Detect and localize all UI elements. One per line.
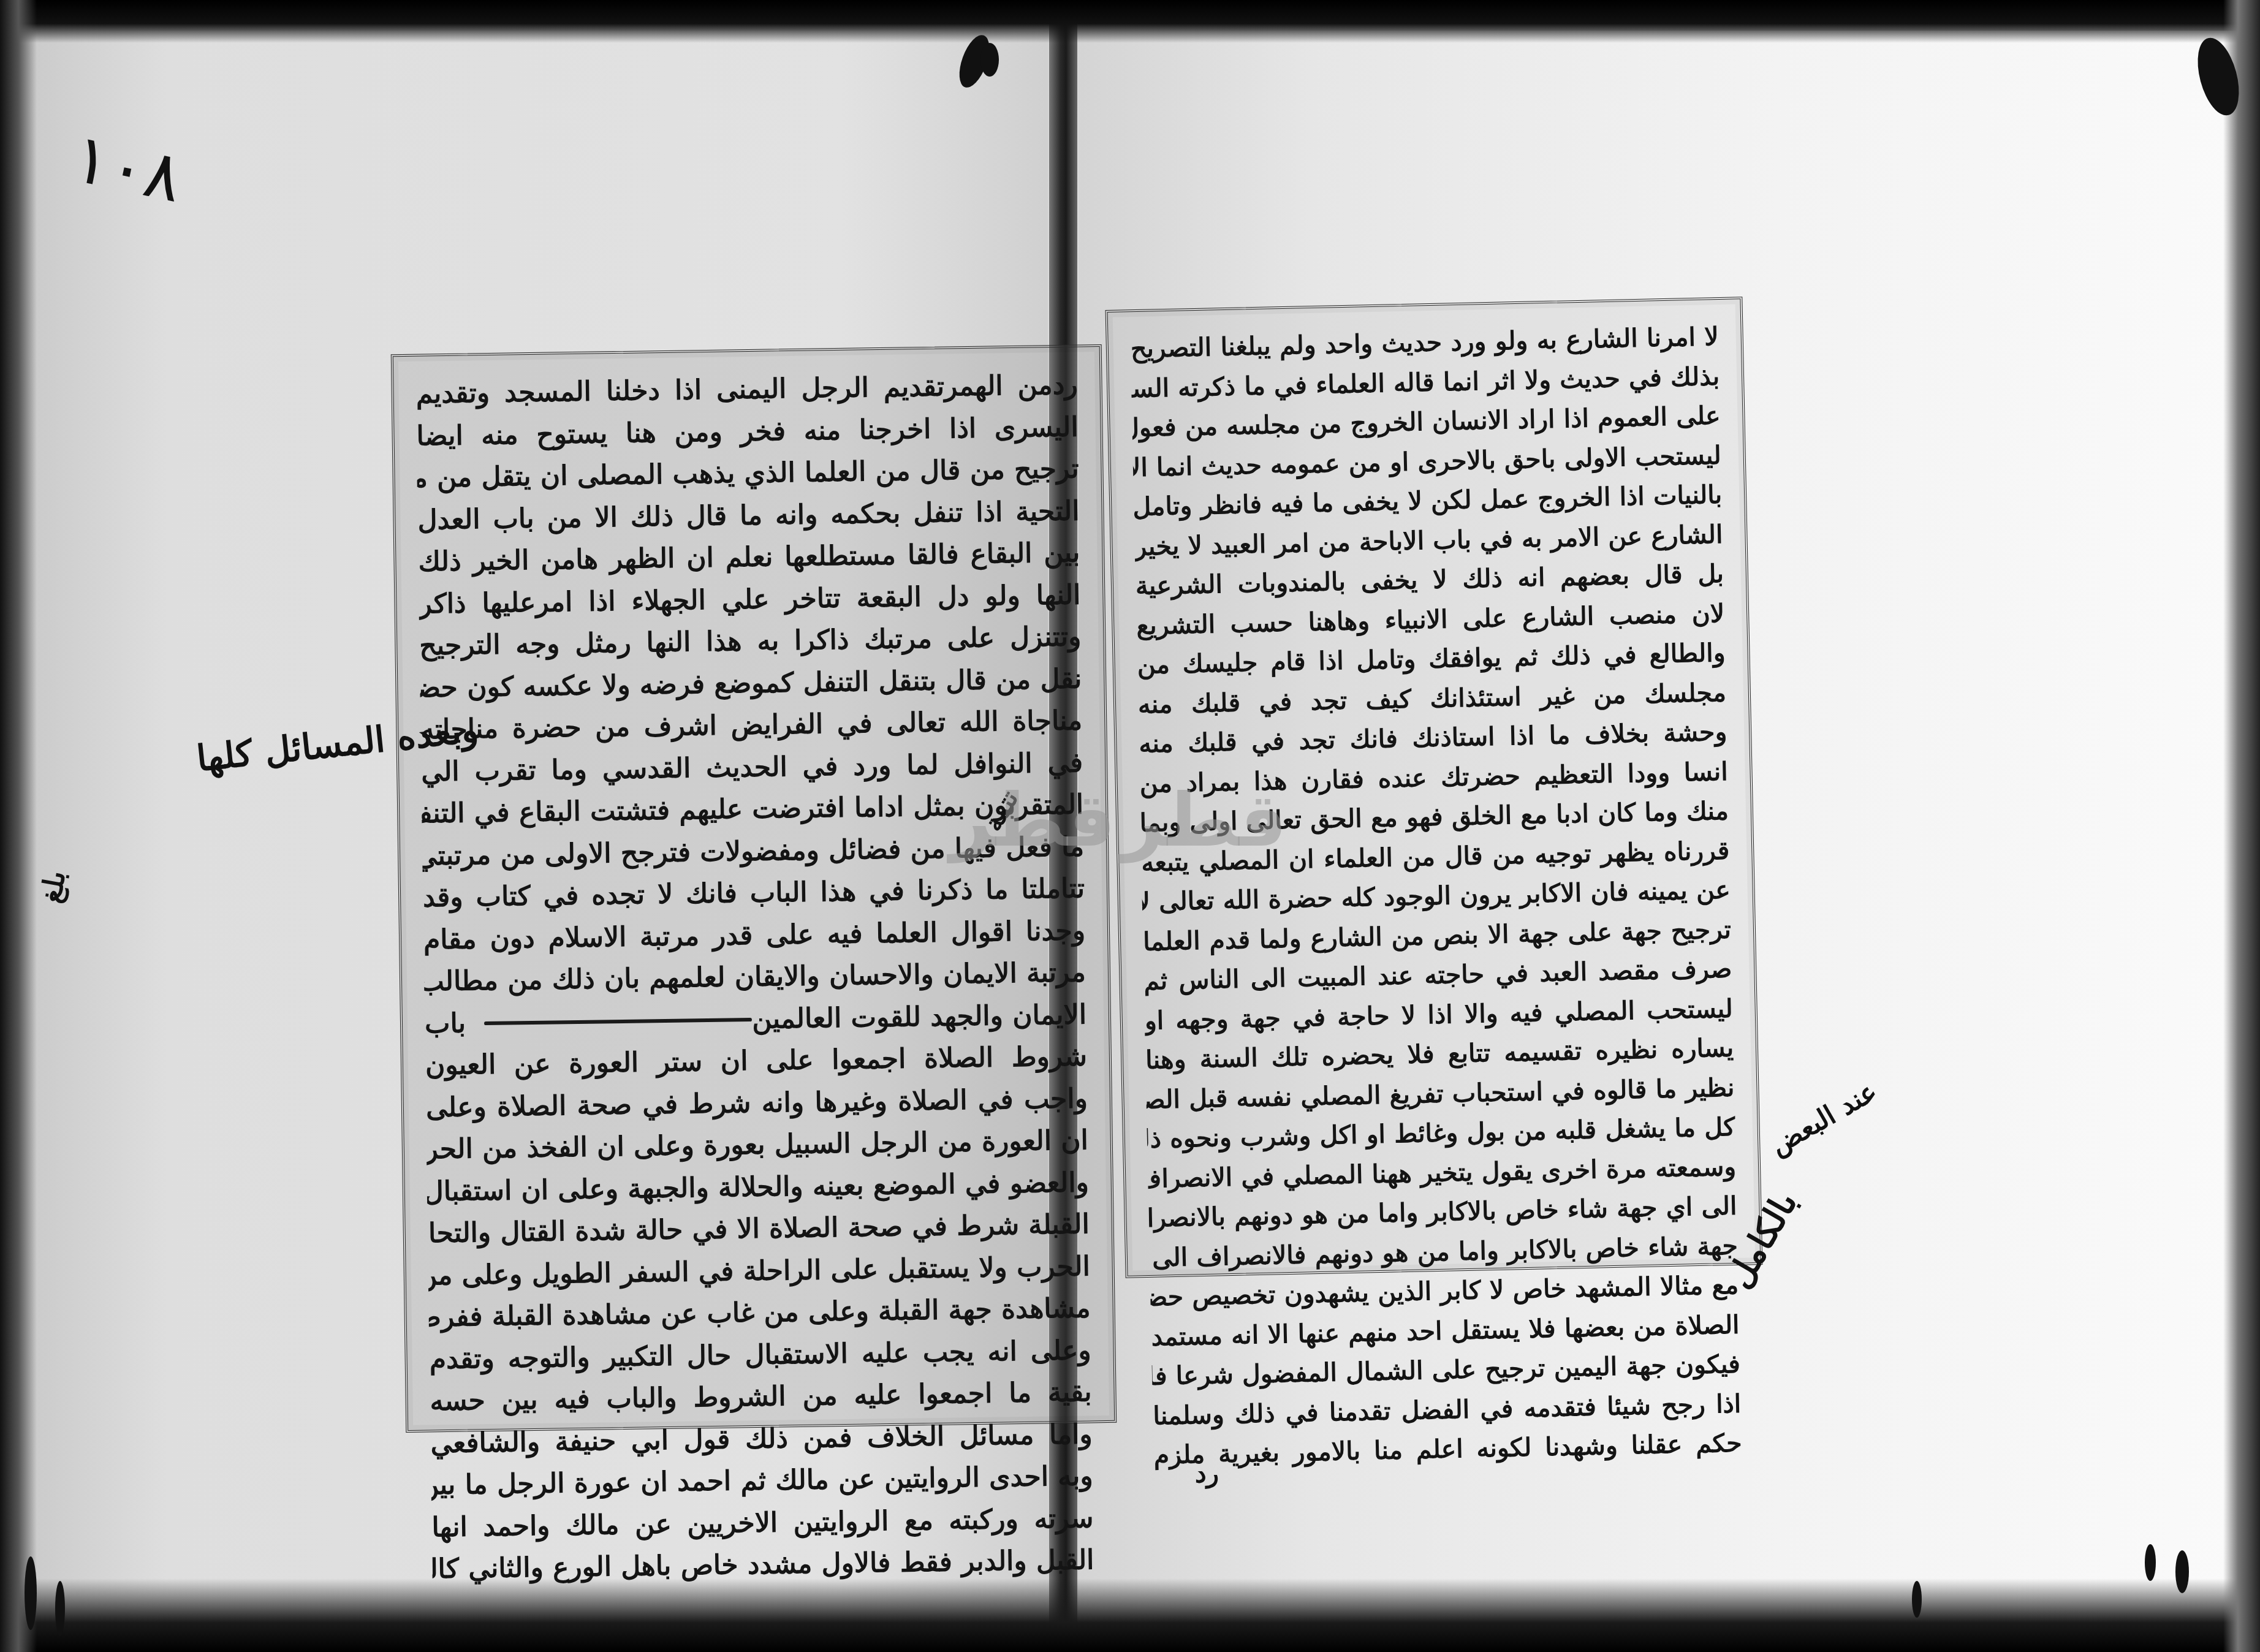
left-text-block: ردمن الهمرتقديم الرجل اليمنى اذا دخلنا ا…: [391, 344, 1117, 1433]
right-text-block: لا امرنا الشارع به ولو ورد حديث واحد ولم…: [1105, 297, 1763, 1278]
manuscript-scan: ١٠٨ ردمن الهمرتقديم الرجل اليمنى اذا دخل…: [0, 0, 2260, 1652]
ink-blot: [1912, 1581, 1922, 1618]
ink-blot: [25, 1556, 37, 1630]
ink-blot: [2145, 1544, 2156, 1581]
scan-top-edge: [0, 0, 2260, 43]
heading-word: باب: [425, 1002, 466, 1045]
ink-blot: [55, 1581, 65, 1636]
bottom-margin-note: رد: [1195, 1458, 1219, 1488]
scan-right-edge: [2223, 0, 2260, 1652]
heading-text: الايمان والجهد للقوت العالمين: [752, 994, 1087, 1040]
scan-left-edge: [0, 0, 37, 1652]
heading-rule: [484, 1018, 752, 1025]
ink-blot: [2175, 1550, 2189, 1593]
left-margin-note-small: بلغ: [34, 868, 72, 905]
ink-blot: [980, 43, 999, 77]
